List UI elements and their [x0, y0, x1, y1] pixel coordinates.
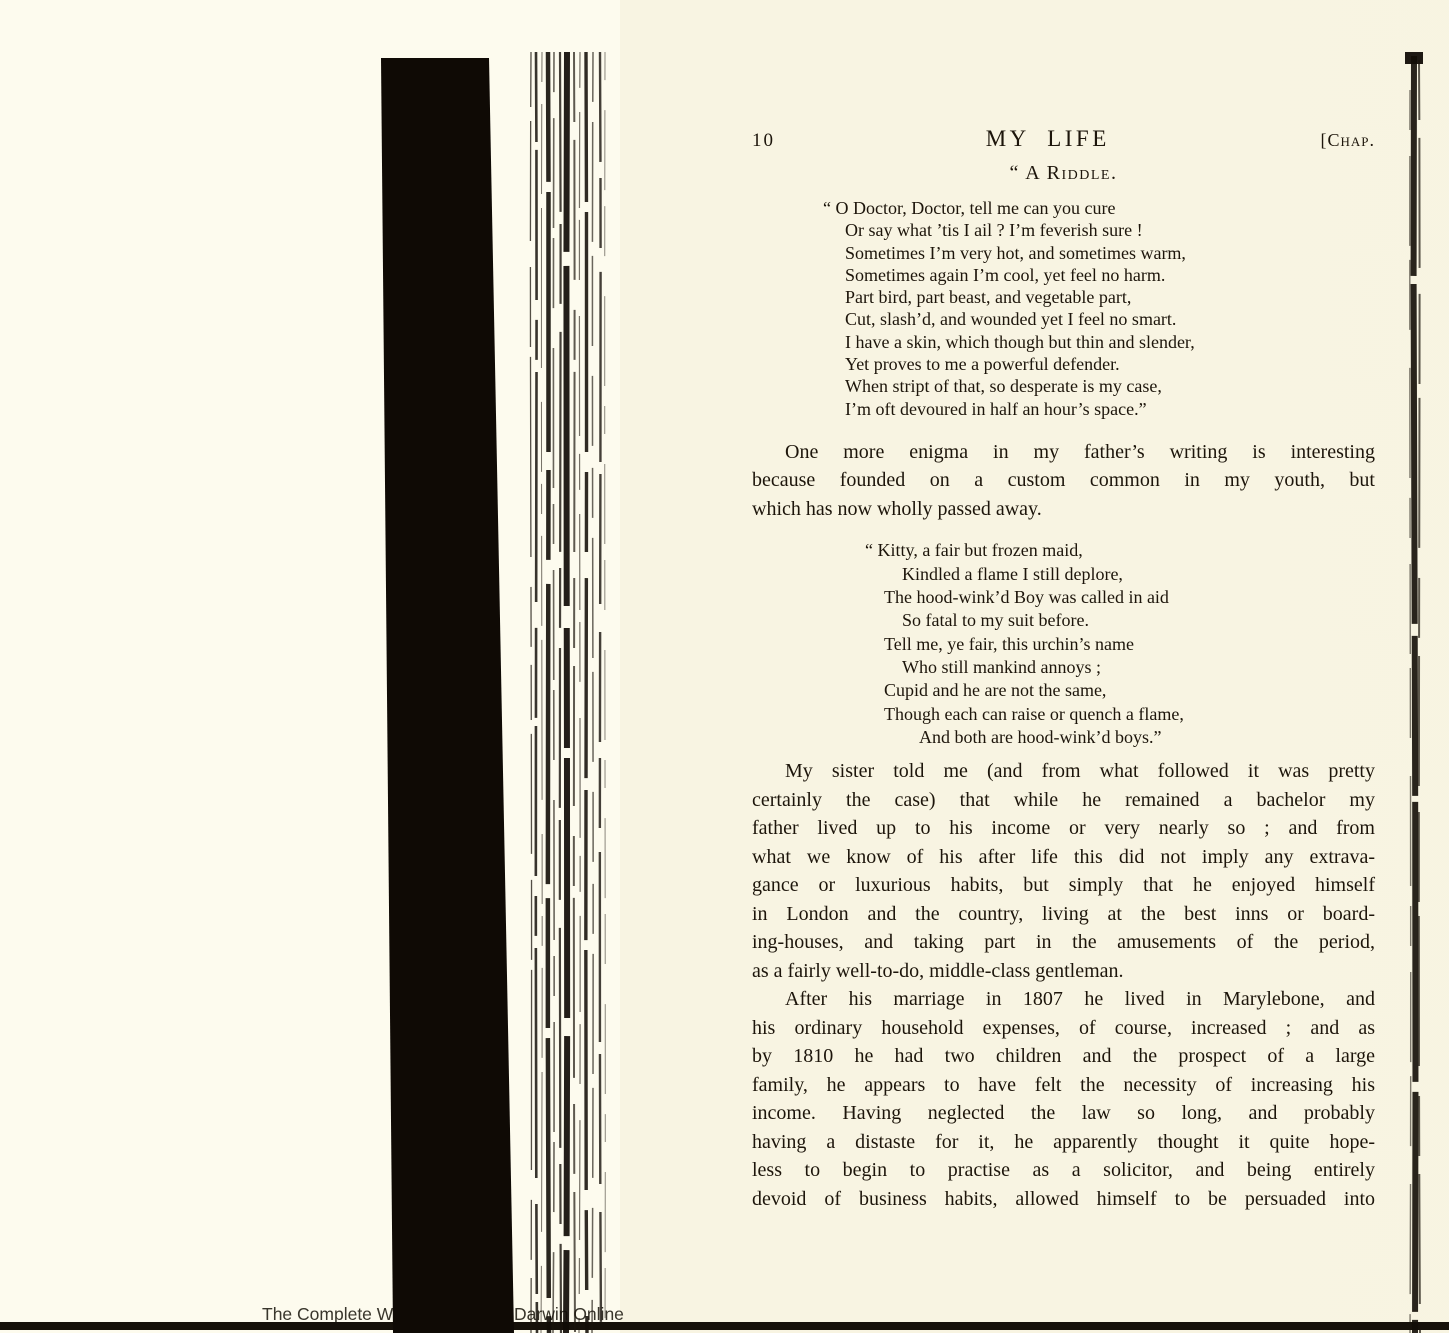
- poem-line: Who still mankind annoys ;: [865, 656, 1375, 679]
- paragraph: My sister told me (and from what followe…: [752, 757, 1375, 985]
- paragraph: One more enigma in my father’s writing i…: [752, 438, 1375, 524]
- kitty-poem: “ Kitty, a fair but frozen maid, Kindled…: [865, 539, 1375, 749]
- paragraph-line: My sister told me (and from what followe…: [752, 757, 1375, 786]
- poem-line: Or say what ’tis I ail ? I’m feverish su…: [823, 219, 1375, 241]
- gutter-texture: [524, 52, 608, 1333]
- paragraph-line: his ordinary household expenses, of cour…: [752, 1014, 1375, 1043]
- paragraph-line: certainly the case) that while he remain…: [752, 786, 1375, 815]
- poem-line: Cupid and he are not the same,: [865, 679, 1375, 702]
- paragraph-line: One more enigma in my father’s writing i…: [752, 438, 1375, 467]
- paragraph-line: income. Having neglected the law so long…: [752, 1099, 1375, 1128]
- poem-line: Cut, slash’d, and wounded yet I feel no …: [823, 308, 1375, 330]
- poem-line: I’m oft devoured in half an hour’s space…: [823, 398, 1375, 420]
- paragraph-line: in London and the country, living at the…: [752, 900, 1375, 929]
- poem-line: I have a skin, which though but thin and…: [823, 331, 1375, 353]
- paragraph-line: which has now wholly passed away.: [752, 495, 1375, 524]
- paragraph-line: After his marriage in 1807 he lived in M…: [752, 985, 1375, 1014]
- poem-line: “ O Doctor, Doctor, tell me can you cure: [823, 197, 1375, 219]
- poem-line: The hood-wink’d Boy was called in aid: [865, 586, 1375, 609]
- paragraph-line: less to begin to practise as a solicitor…: [752, 1156, 1375, 1185]
- poem-line: And both are hood-wink’d boys.”: [865, 726, 1375, 749]
- paragraph-line: ing-houses, and taking part in the amuse…: [752, 928, 1375, 957]
- paragraph: After his marriage in 1807 he lived in M…: [752, 985, 1375, 1213]
- paragraph-line: family, he appears to have felt the nece…: [752, 1071, 1375, 1100]
- poem-line: Kindled a flame I still deplore,: [865, 563, 1375, 586]
- paragraph-line: as a fairly well-to-do, middle-class gen…: [752, 957, 1375, 986]
- bottom-scan-line: [0, 1322, 1449, 1330]
- paragraph-line: by 1810 he had two children and the pros…: [752, 1042, 1375, 1071]
- poem-line: Part bird, part beast, and vegetable par…: [823, 286, 1375, 308]
- chapter-mark: [Chap.: [1320, 130, 1375, 151]
- page-content: 10 MY LIFE [Chap. “ A Riddle. “ O Doctor…: [752, 126, 1375, 1213]
- page-header: 10 MY LIFE [Chap.: [752, 126, 1375, 152]
- poem-line: Tell me, ye fair, this urchin’s name: [865, 633, 1375, 656]
- page-number: 10: [752, 130, 775, 152]
- paragraph-line: devoid of business habits, allowed himse…: [752, 1185, 1375, 1214]
- paragraph-line: father lived up to his income or very ne…: [752, 814, 1375, 843]
- poem-line: Though each can raise or quench a flame,: [865, 703, 1375, 726]
- running-title: MY LIFE: [986, 126, 1110, 152]
- paragraph-line: gance or luxurious habits, but simply th…: [752, 871, 1375, 900]
- riddle-poem: “ O Doctor, Doctor, tell me can you cure…: [823, 197, 1375, 420]
- poem-line: “ Kitty, a fair but frozen maid,: [865, 539, 1375, 562]
- poem-line: Yet proves to me a powerful defender.: [823, 353, 1375, 375]
- poem-line: Sometimes I’m very hot, and sometimes wa…: [823, 242, 1375, 264]
- poem-line: Sometimes again I’m cool, yet feel no ha…: [823, 264, 1375, 286]
- scanned-book-page: 10 MY LIFE [Chap. “ A Riddle. “ O Doctor…: [0, 0, 1449, 1333]
- riddle-heading: “ A Riddle.: [752, 162, 1375, 185]
- paragraph-line: having a distaste for it, he apparently …: [752, 1128, 1375, 1157]
- paragraph-line: what we know of his after life this did …: [752, 843, 1375, 872]
- poem-line: When stript of that, so desperate is my …: [823, 375, 1375, 397]
- poem-line: So fatal to my suit before.: [865, 609, 1375, 632]
- paragraph-line: because founded on a custom common in my…: [752, 466, 1375, 495]
